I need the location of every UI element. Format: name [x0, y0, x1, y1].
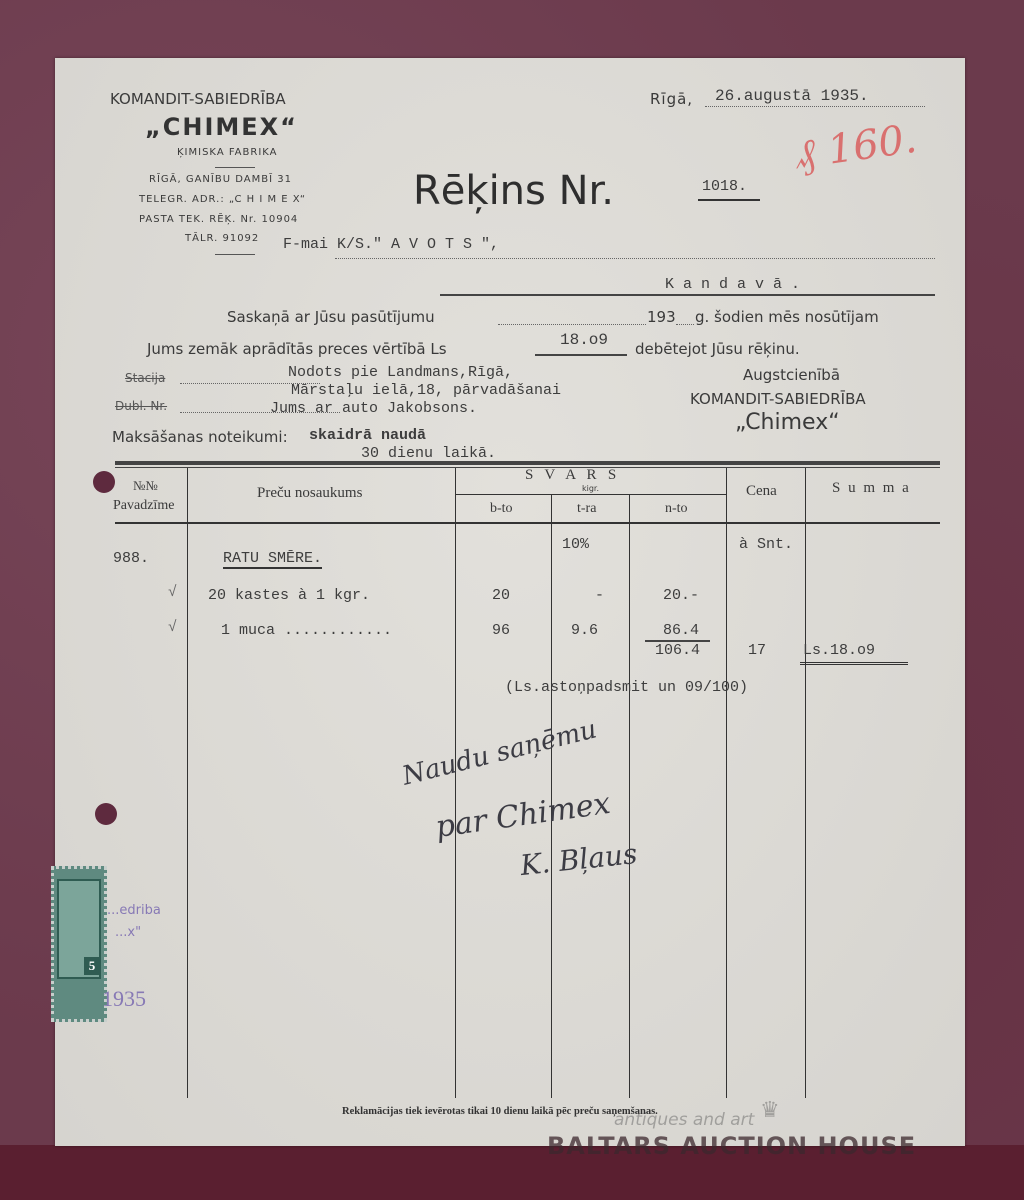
cell-item: 20 kastes à 1 kgr.: [208, 587, 370, 604]
company-type: KOMANDIT-SABIEDRĪBA: [110, 90, 286, 108]
revenue-stamp: 5: [51, 866, 107, 1022]
recipient-line: [335, 258, 935, 259]
recipient-city-underline: [440, 294, 935, 296]
intro-year: 193: [647, 308, 676, 326]
amount-in-words: (Ls.astoņpadsmit un 09/100): [505, 679, 748, 696]
invoice-date: 26.augustā 1935.: [715, 87, 869, 105]
order-line: [498, 324, 646, 325]
company-telegram: TELEGR. ADR.: „C H I M E X“: [139, 194, 306, 205]
crown-icon: ♛: [760, 1098, 780, 1123]
header-price: Cena: [746, 483, 777, 500]
header-waybill: Pavadzīme: [113, 498, 174, 514]
handwritten-line2: par Chimex: [433, 786, 612, 845]
invoice-title: Rēķins Nr.: [413, 168, 614, 214]
recipient-name: F-mai K/S." A V O T S ",: [283, 236, 499, 253]
total-sum-underline: [800, 662, 908, 665]
handwritten-line1: Naudu saņēmu: [399, 714, 599, 791]
closing-company-name: „Chimex“: [735, 410, 840, 435]
amount-prefix: Jums zemāk aprādītās preces vērtībā Ls: [147, 340, 447, 358]
payment-line2: 30 dienu laikā.: [361, 445, 496, 462]
punch-hole-top: [93, 471, 115, 493]
header-weight-unit: kigr.: [582, 484, 599, 493]
col-divider-6: [805, 468, 806, 1098]
amount-value: 18.o9: [560, 331, 608, 349]
total-sum: Ls.18.o9: [803, 642, 875, 659]
invoice-number-underline: [698, 199, 760, 201]
shipping-line3: Jums ar auto Jakobsons.: [270, 400, 477, 417]
total-net: 106.4: [655, 642, 700, 659]
handwritten-signature: K. Bļaus: [519, 837, 639, 882]
station-label-struck: Stacija: [125, 371, 165, 385]
company-phone: TĀLR. 91092: [185, 233, 259, 244]
header-tare: t-ra: [577, 501, 596, 517]
company-name: „CHIMEX“: [145, 113, 298, 141]
shipping-line1: Nodots pie Landmans,Rīgā,: [288, 364, 513, 381]
purple-stamp-text1: ...edriba: [107, 903, 161, 918]
stamp-value: 5: [84, 957, 100, 975]
watermark-brand: BALTARS AUCTION HOUSE: [547, 1132, 916, 1160]
svars-subheader-line: [456, 494, 726, 495]
place-label: Rīgā,: [650, 90, 693, 108]
amount-suffix: debētejot Jūsu rēķinu.: [635, 340, 800, 358]
cell-item: RATU SMĒRE.: [223, 550, 322, 569]
punch-hole-bottom: [95, 803, 117, 825]
company-postal-account: PASTA TEK. RĒĶ. Nr. 10904: [139, 214, 298, 225]
cell-price: à Snt.: [739, 536, 793, 553]
purple-stamp-text2: ...x": [115, 925, 141, 940]
intro-prefix: Saskaņā ar Jūsu pasūtījumu: [227, 308, 435, 326]
amount-underline: [535, 354, 627, 356]
closing-company-type: KOMANDIT-SABIEDRĪBA: [690, 390, 866, 408]
invoice-number: 1018.: [702, 178, 747, 195]
divider: [215, 254, 255, 255]
col-divider-1: [187, 468, 188, 1098]
col-divider-2: [455, 468, 456, 1098]
cell-waybill-no: 988.: [113, 550, 149, 567]
unit-price: 17: [748, 642, 766, 659]
payment-line1: skaidrā naudā: [309, 427, 426, 444]
cell-tare: 10%: [562, 536, 589, 553]
purple-stamp-year: 1935: [102, 986, 146, 1012]
cell-gross: 96: [492, 622, 510, 639]
check-mark: √: [168, 619, 177, 636]
header-no: №№: [133, 478, 158, 494]
header-item: Preču nosaukums: [257, 485, 362, 502]
recipient-city: K a n d a v ā .: [665, 276, 800, 293]
header-sum: S u m m a: [832, 480, 911, 497]
col-divider-5: [726, 468, 727, 1098]
closing-greeting: Augstcienībā: [743, 366, 840, 384]
footer-note: Reklamācijas tiek ievērotas tikai 10 die…: [342, 1106, 658, 1117]
col-divider-4: [629, 495, 630, 1098]
watermark-tagline: antiques and art: [614, 1110, 754, 1130]
dubl-label-struck: Dubl. Nr.: [115, 399, 167, 413]
date-line: [705, 106, 925, 107]
invoice-document: KOMANDIT-SABIEDRĪBA „CHIMEX“ ĶIMISKA FAB…: [55, 58, 965, 1146]
company-subtitle: ĶIMISKA FABRIKA: [177, 147, 278, 158]
payment-label: Maksāšanas noteikumi:: [112, 428, 288, 446]
header-weight: S V A R S: [525, 467, 616, 484]
table-top-rule: [115, 461, 940, 465]
divider: [215, 167, 255, 168]
header-net: n-to: [665, 501, 688, 517]
intro-suffix: g. šodien mēs nosūtījam: [695, 308, 879, 326]
table-header-bottom: [115, 522, 940, 524]
cell-item: 1 muca ............: [221, 622, 392, 639]
check-mark: √: [168, 584, 177, 601]
header-gross: b-to: [490, 501, 513, 517]
cell-net: 86.4: [663, 622, 699, 639]
cell-tare: 9.6: [571, 622, 598, 639]
cell-net: 20.-: [663, 587, 699, 604]
cell-tare: -: [595, 587, 604, 604]
shipping-line2: Mārstaļu ielā,18, pārvadāšanai: [291, 382, 561, 399]
cell-gross: 20: [492, 587, 510, 604]
year-line: [676, 324, 694, 325]
company-address: RĪGĀ, GANĪBU DAMBĪ 31: [149, 174, 292, 185]
red-annotation: ₰ 160.: [792, 115, 919, 178]
